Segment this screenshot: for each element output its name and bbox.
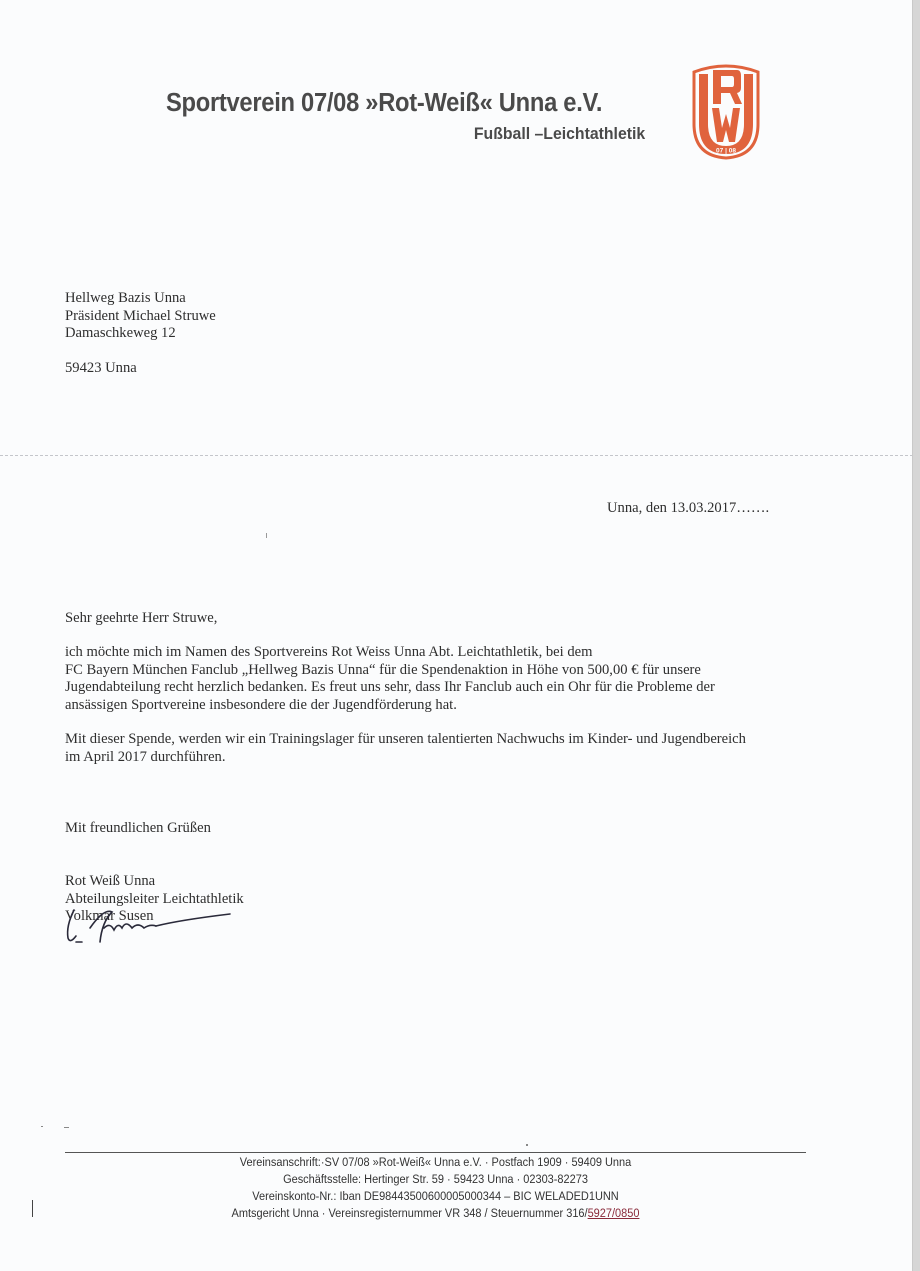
recipient-line: Hellweg Bazis Unna	[65, 290, 186, 308]
scan-speck	[266, 533, 267, 538]
departments-subheading: Fußball –Leichtathletik	[474, 124, 645, 144]
body-line: Jugendabteilung recht herzlich bedanken.…	[65, 679, 715, 697]
footer-rule	[65, 1152, 806, 1153]
scan-edge	[912, 0, 920, 1271]
recipient-line: Damaschkeweg 12	[65, 325, 176, 343]
closing: Mit freundlichen Grüßen	[65, 820, 211, 838]
body-line: ansässigen Sportvereine insbesondere die…	[65, 697, 457, 715]
body-line: im April 2017 durchführen.	[65, 749, 226, 767]
salutation: Sehr geehrte Herr Struwe,	[65, 610, 217, 628]
margin-mark	[32, 1200, 33, 1217]
footer-account: Vereinskonto-Nr.: Iban DE984435006000050…	[102, 1189, 769, 1203]
recipient-line: 59423 Unna	[65, 360, 137, 378]
date-line: Unna, den 13.03.2017…….	[607, 500, 769, 518]
fold-line	[0, 455, 913, 456]
footer-office: Geschäftsstelle: Hertinger Str. 59 · 594…	[102, 1172, 769, 1186]
recipient-line: Präsident Michael Struwe	[65, 308, 216, 326]
body-line: FC Bayern München Fanclub „Hellweg Bazis…	[65, 662, 701, 680]
scan-speck	[64, 1127, 69, 1128]
footer-register: Amtsgericht Unna · Vereinsregisternummer…	[102, 1206, 769, 1220]
rwu-club-crest-icon: 07 | 08	[690, 62, 762, 160]
footer-tax-number: 5927/0850	[588, 1206, 640, 1220]
signature-line: Rot Weiß Unna	[65, 873, 155, 891]
svg-text:07 | 08: 07 | 08	[716, 148, 736, 155]
scan-speck	[41, 1126, 43, 1127]
scan-speck	[526, 1144, 528, 1146]
club-name-heading: Sportverein 07/08 »Rot-Weiß« Unna e.V.	[166, 89, 602, 118]
footer-address: Vereinsanschrift:·SV 07/08 »Rot-Weiß« Un…	[102, 1155, 769, 1169]
body-line: ich möchte mich im Namen des Sportverein…	[65, 644, 592, 662]
letter-page: Sportverein 07/08 »Rot-Weiß« Unna e.V. F…	[0, 0, 913, 1271]
footer-register-text: Amtsgericht Unna · Vereinsregisternummer…	[232, 1206, 588, 1220]
body-line: Mit dieser Spende, werden wir ein Traini…	[65, 731, 746, 749]
handwritten-signature-icon	[60, 898, 240, 958]
